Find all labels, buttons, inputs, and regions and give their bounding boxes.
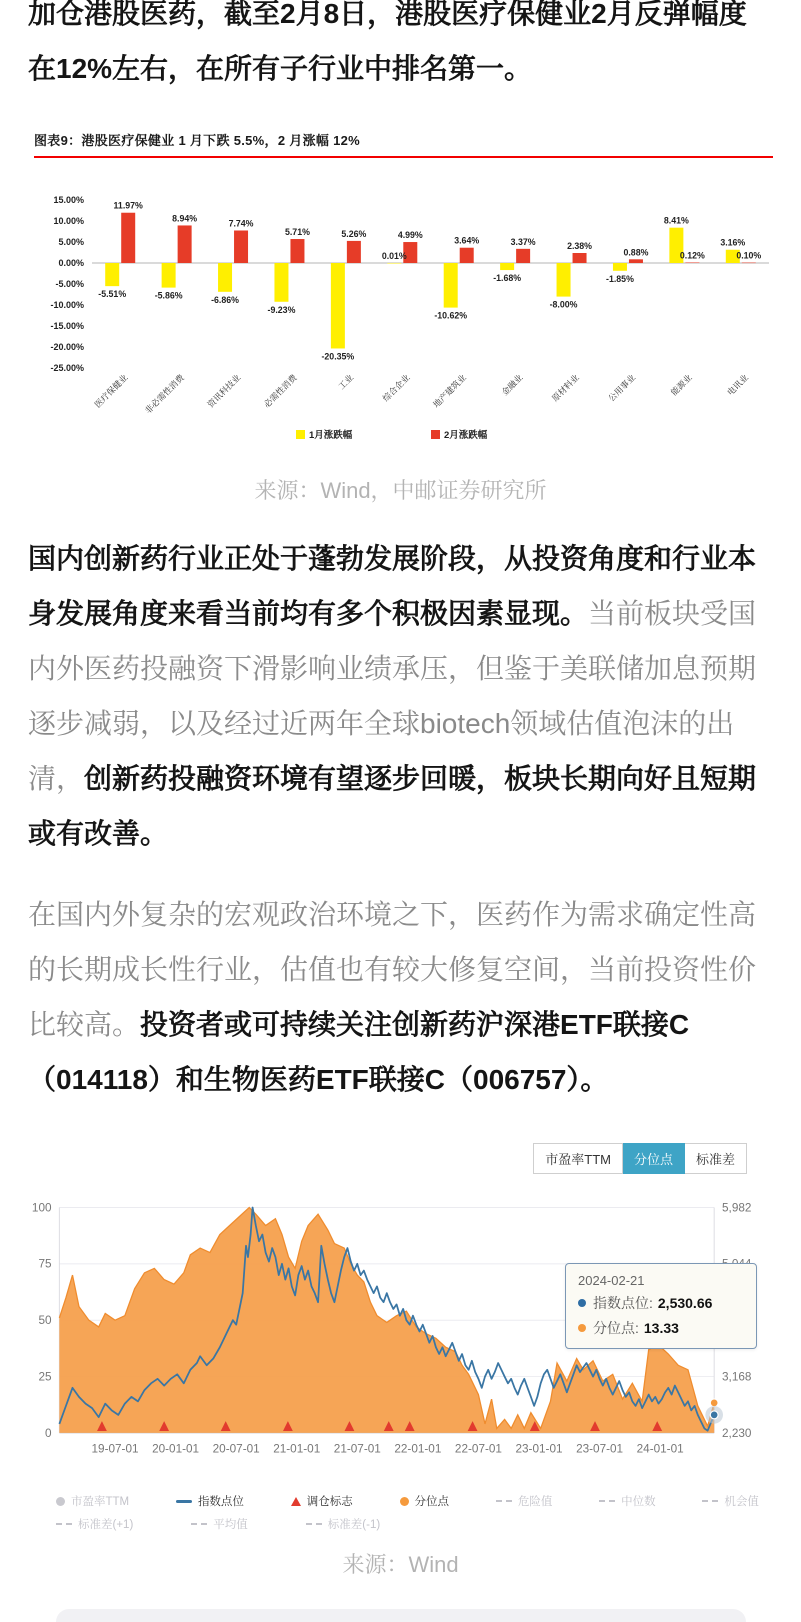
- x-axis-label: 20-01-01: [152, 1443, 199, 1456]
- intro-paragraph: 加仓港股医药，截至2月8日，港股医疗保健业2月反弹幅度在12%左右，在所有子行业…: [28, 0, 773, 96]
- y-tick-label: 15.00%: [53, 195, 84, 205]
- bar-value-label: -5.86%: [155, 291, 183, 301]
- category-label: 电讯业: [725, 372, 750, 397]
- x-axis-label: 23-07-01: [576, 1443, 623, 1456]
- category-label: 综合企业: [381, 372, 412, 403]
- tooltip-label: 分位点:: [593, 1318, 639, 1338]
- bar: [105, 263, 119, 286]
- y-tick-label: -25.00%: [50, 363, 84, 373]
- toggle-percentile[interactable]: 分位点: [623, 1143, 685, 1174]
- bar-value-label: 11.97%: [114, 201, 144, 211]
- legend-row: 市盈率TTM指数点位调仓标志分位点危险值中位数机会值: [28, 1493, 773, 1509]
- bar-value-label: 5.26%: [341, 229, 366, 239]
- bar: [573, 253, 587, 263]
- chart2-source: 来源：Wind: [28, 1548, 773, 1579]
- legend-label: 机会值: [724, 1493, 759, 1509]
- y-tick-label: 10.00%: [53, 216, 84, 226]
- tooltip-value: 13.33: [644, 1320, 679, 1336]
- y-tick-label: 0.00%: [58, 258, 84, 268]
- legend-swatch: [431, 430, 440, 439]
- legend-item-标准差(-1)[interactable]: 标准差(-1): [306, 1516, 380, 1532]
- dash-marker-icon: [306, 1523, 322, 1525]
- tooltip-row-index: 指数点位: 2,530.66: [578, 1293, 746, 1313]
- legend-label: 市盈率TTM: [71, 1493, 129, 1509]
- bar: [557, 263, 571, 297]
- left-axis-label: 75: [38, 1258, 52, 1271]
- x-axis-label: 19-07-01: [92, 1443, 139, 1456]
- category-label: 公用事业: [606, 372, 637, 403]
- category-label: 非必需性消费: [143, 372, 186, 415]
- bar-value-label: 2.38%: [567, 241, 592, 251]
- legend-item-指数点位[interactable]: 指数点位: [176, 1493, 244, 1509]
- bar-value-label: 3.64%: [454, 236, 479, 246]
- text-run: 创新药投融资环境有望逐步回暖，板块长期向好且短期或有改善。: [28, 763, 756, 849]
- dash-marker-icon: [599, 1500, 615, 1502]
- bar: [274, 263, 288, 302]
- percentile-dot-icon: [578, 1324, 586, 1332]
- bar: [613, 263, 627, 271]
- toggle-std[interactable]: 标准差: [685, 1143, 747, 1174]
- legend-item-平均值[interactable]: 平均值: [191, 1516, 248, 1532]
- paragraph: 在国内外复杂的宏观政治环境之下，医药作为需求确定性高的长期成长性行业，估值也有较…: [28, 887, 773, 1107]
- right-axis-label: 2,230: [722, 1427, 752, 1440]
- legend-item-危险值[interactable]: 危险值: [496, 1493, 553, 1509]
- x-axis-label: 22-01-01: [394, 1443, 441, 1456]
- dash-marker-icon: [496, 1500, 512, 1502]
- legend-label: 指数点位: [198, 1493, 244, 1509]
- bar: [121, 213, 135, 263]
- bar: [290, 239, 304, 263]
- chart-tooltip: 2024-02-21 指数点位: 2,530.66 分位点: 13.33: [565, 1263, 757, 1349]
- bar-value-label: 5.71%: [285, 227, 310, 237]
- tooltip-value: 2,530.66: [658, 1295, 713, 1311]
- legend-item-分位点[interactable]: 分位点: [400, 1493, 450, 1509]
- chart1-source: 来源：Wind，中邮证券研究所: [28, 474, 773, 505]
- chart1-title: 图表9：港股医疗保健业 1 月下跌 5.5%，2 月涨幅 12%: [34, 130, 773, 149]
- bar-value-label: 8.41%: [664, 216, 689, 226]
- bar: [685, 262, 699, 263]
- x-axis-label: 22-07-01: [455, 1443, 502, 1456]
- bar: [234, 230, 248, 263]
- bar-value-label: 3.16%: [720, 238, 745, 248]
- bar: [460, 248, 474, 263]
- bar: [178, 225, 192, 263]
- y-tick-label: 5.00%: [58, 237, 84, 247]
- category-label: 地产建筑业: [431, 372, 468, 409]
- legend-label: 1月涨跌幅: [309, 429, 353, 441]
- series-end-marker: [710, 1411, 718, 1419]
- bar: [444, 263, 458, 308]
- bar-value-label: 0.12%: [680, 250, 705, 260]
- legend-item-中位数[interactable]: 中位数: [599, 1493, 656, 1509]
- bar-value-label: -8.00%: [550, 300, 578, 310]
- chart2-legend: 市盈率TTM指数点位调仓标志分位点危险值中位数机会值标准差(+1)平均值标准差(…: [28, 1493, 773, 1532]
- legend-label: 中位数: [621, 1493, 656, 1509]
- bar: [500, 263, 514, 270]
- tooltip-date: 2024-02-21: [578, 1273, 746, 1288]
- bar-value-label: 0.01%: [382, 251, 407, 261]
- legend-item-机会值[interactable]: 机会值: [702, 1493, 759, 1509]
- left-axis-label: 25: [38, 1370, 52, 1383]
- tooltip-row-percentile: 分位点: 13.33: [578, 1318, 746, 1338]
- bar-value-label: 8.94%: [172, 213, 197, 223]
- y-tick-label: -5.00%: [55, 279, 84, 289]
- legend-label: 标准差(+1): [78, 1516, 133, 1532]
- legend-label: 分位点: [415, 1493, 450, 1509]
- category-label: 医疗保健业: [92, 372, 129, 409]
- legend-item-标准差(+1)[interactable]: 标准差(+1): [56, 1516, 133, 1532]
- y-tick-label: -10.00%: [50, 300, 84, 310]
- bar-value-label: 7.74%: [229, 218, 254, 228]
- next-card-top-edge: [56, 1609, 746, 1622]
- chart2-metric-toggle-group: 市盈率TTM 分位点 标准差: [28, 1143, 747, 1174]
- bar-value-label: -1.68%: [493, 273, 521, 283]
- tooltip-label: 指数点位:: [593, 1293, 653, 1313]
- dash-marker-icon: [191, 1523, 207, 1525]
- dash-marker-icon: [56, 1523, 72, 1525]
- bar-value-label: -9.23%: [268, 305, 296, 315]
- bar-value-label: 0.88%: [623, 247, 648, 257]
- y-tick-label: -15.00%: [50, 321, 84, 331]
- line-marker-icon: [176, 1500, 192, 1503]
- bar: [629, 259, 643, 263]
- bar-value-label: 0.10%: [736, 251, 761, 261]
- x-axis-label: 21-07-01: [334, 1443, 381, 1456]
- legend-label: 危险值: [518, 1493, 553, 1509]
- right-axis-label: 3,168: [722, 1370, 752, 1383]
- category-label: 工业: [336, 372, 355, 391]
- bar-value-label: -10.62%: [434, 311, 467, 321]
- left-axis-label: 50: [38, 1314, 52, 1327]
- x-axis-label: 20-07-01: [213, 1443, 260, 1456]
- chart1-figure: 图表9：港股医疗保健业 1 月下跌 5.5%，2 月涨幅 12% 15.00%1…: [34, 130, 773, 458]
- bar-value-label: 3.37%: [511, 237, 536, 247]
- bar-value-label: -20.35%: [321, 351, 354, 361]
- bar-value-label: 4.99%: [398, 230, 423, 240]
- paragraph: 国内创新药行业正处于蓬勃发展阶段，从投资角度和行业本身发展角度来看当前均有多个积…: [28, 531, 773, 861]
- legend-label: 调仓标志: [307, 1493, 353, 1509]
- bar-value-label: -1.85%: [606, 274, 634, 284]
- body-paragraphs: 国内创新药行业正处于蓬勃发展阶段，从投资角度和行业本身发展角度来看当前均有多个积…: [28, 531, 773, 1107]
- bar: [742, 263, 756, 264]
- bar: [218, 263, 232, 292]
- article-page: 加仓港股医药，截至2月8日，港股医疗保健业2月反弹幅度在12%左右，在所有子行业…: [0, 0, 801, 1622]
- index-dot-icon: [578, 1299, 586, 1307]
- bar: [162, 263, 176, 288]
- bar-value-label: -5.51%: [98, 289, 126, 299]
- bar: [347, 241, 361, 263]
- series-end-marker: [710, 1399, 718, 1407]
- toggle-pe-ttm[interactable]: 市盈率TTM: [533, 1143, 623, 1174]
- circle-marker-icon: [400, 1497, 409, 1506]
- bar: [387, 263, 401, 264]
- right-axis-label: 5,982: [722, 1201, 751, 1214]
- bar-chart: 15.00%10.00%5.00%0.00%-5.00%-10.00%-15.0…: [34, 168, 774, 453]
- category-label: 必需性消费: [262, 372, 299, 409]
- category-label: 原材料业: [550, 372, 581, 403]
- legend-swatch: [296, 430, 305, 439]
- bar-value-label: -6.86%: [211, 295, 239, 305]
- x-axis-label: 23-01-01: [515, 1443, 562, 1456]
- chart1-title-rule: [34, 156, 773, 158]
- legend-label: 平均值: [213, 1516, 248, 1532]
- dash-marker-icon: [702, 1500, 718, 1502]
- circle-marker-icon: [56, 1497, 65, 1506]
- category-label: 资讯科技业: [205, 372, 242, 409]
- left-axis-label: 0: [45, 1427, 52, 1440]
- legend-label: 标准差(-1): [328, 1516, 380, 1532]
- x-axis-label: 24-01-01: [637, 1443, 684, 1456]
- category-label: 能源业: [669, 372, 694, 397]
- triangle-marker-icon: [291, 1497, 301, 1506]
- x-axis-label: 21-01-01: [273, 1443, 320, 1456]
- legend-label: 2月涨跌幅: [444, 429, 488, 441]
- bar: [331, 263, 345, 348]
- chart2-figure: 市盈率TTM 分位点 标准差 10075502505,9825,0444,106…: [28, 1143, 773, 1532]
- category-label: 金融业: [499, 372, 524, 397]
- left-axis-label: 100: [32, 1201, 52, 1214]
- bar: [516, 249, 530, 263]
- y-tick-label: -20.00%: [50, 342, 84, 352]
- legend-row: 标准差(+1)平均值标准差(-1): [28, 1516, 773, 1532]
- legend-item-调仓标志[interactable]: 调仓标志: [291, 1493, 353, 1509]
- legend-item-市盈率TTM[interactable]: 市盈率TTM: [56, 1493, 129, 1509]
